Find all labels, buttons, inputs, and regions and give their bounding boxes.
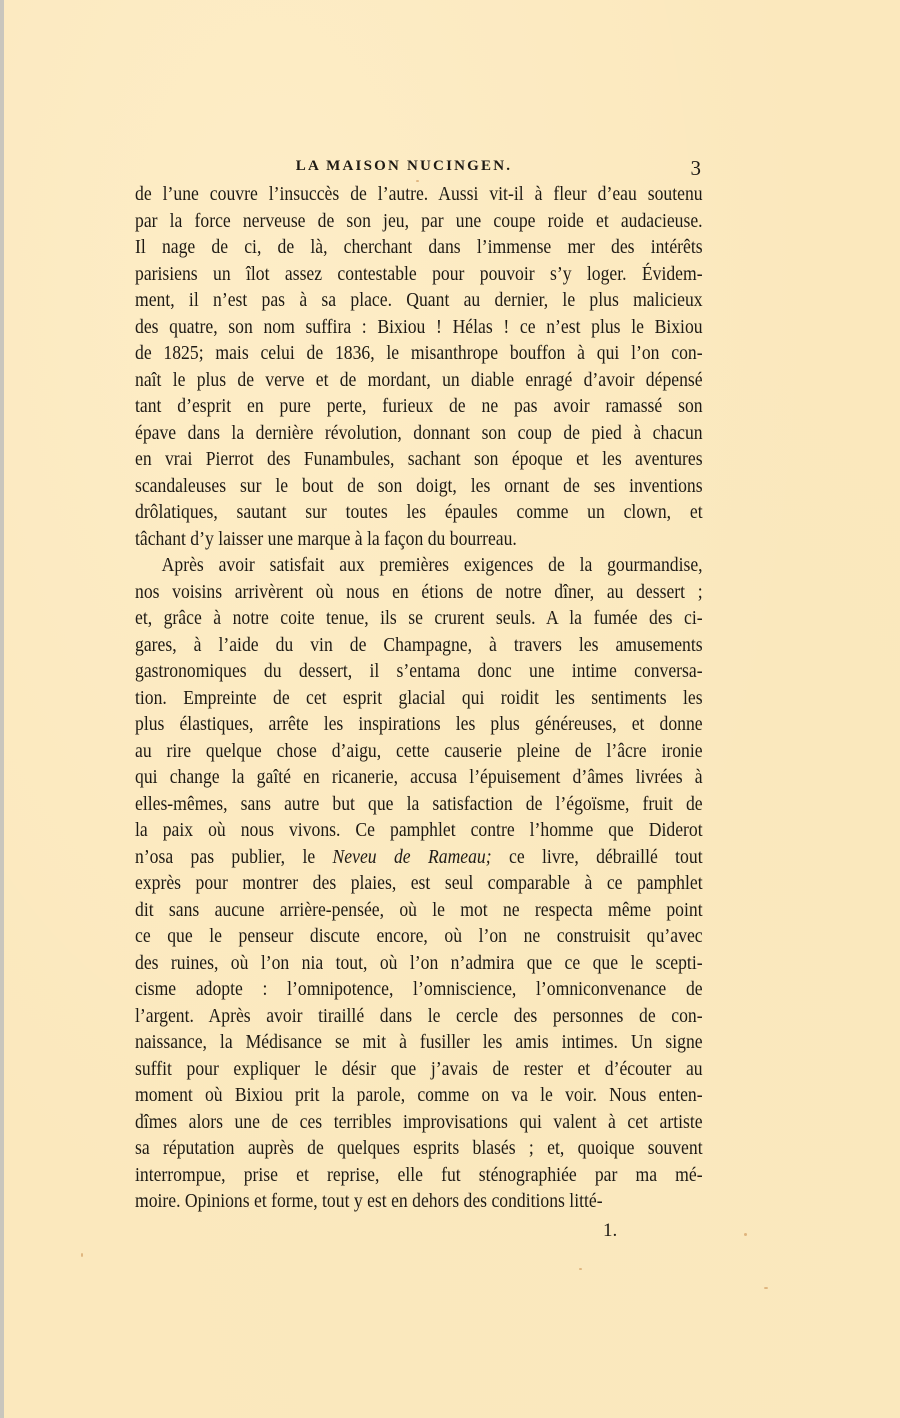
text-line: tion. Empreinte de cet esprit glacial qu… bbox=[135, 685, 703, 712]
text-line: l’argent. Après avoir tiraillé dans le c… bbox=[135, 1003, 703, 1030]
text-line: naissance, la Médisance se mit à fusille… bbox=[135, 1029, 703, 1056]
text-line: tant d’esprit en pure perte, furieux de … bbox=[135, 393, 703, 420]
text-line: la paix où nous vivons. Ce pamphlet cont… bbox=[135, 817, 703, 844]
text-line: exprès pour montrer des plaies, est seul… bbox=[135, 870, 703, 897]
text-line: ment, il n’est pas à sa place. Quant au … bbox=[135, 287, 703, 314]
text-line: drôlatiques, sautant sur toutes les épau… bbox=[135, 499, 703, 526]
page-number: 3 bbox=[691, 156, 702, 181]
text-line: moire. Opinions et forme, tout y est en … bbox=[135, 1188, 703, 1215]
signature-mark: 1. bbox=[603, 1220, 617, 1242]
text-line: parisiens un îlot assez contestable pour… bbox=[135, 261, 703, 288]
italic-title: Neveu de Rameau; bbox=[333, 846, 492, 868]
text-line: naît le plus de verve et de mordant, un … bbox=[135, 367, 703, 394]
text-line: sa réputation auprès de quelques esprits… bbox=[135, 1135, 703, 1162]
text-line: interrompue, prise et reprise, elle fut … bbox=[135, 1162, 703, 1189]
text-line: suffit pour expliquer le désir que j’ava… bbox=[135, 1056, 703, 1083]
text-line: tâchant d’y laisser une marque à la faço… bbox=[135, 526, 703, 553]
text-line: au rire quelque chose d’aigu, cette caus… bbox=[135, 738, 703, 765]
running-head: LA MAISON NUCINGEN. 3 bbox=[135, 156, 703, 180]
text-line: gastronomiques du dessert, il s’entama d… bbox=[135, 658, 703, 685]
text-line: plus élastiques, arrête les inspirations… bbox=[135, 711, 703, 738]
text-line: ce que le penseur discute encore, où l’o… bbox=[135, 923, 703, 950]
text-line: Il nage de ci, de là, cherchant dans l’i… bbox=[135, 234, 703, 261]
paper-speck bbox=[81, 1253, 83, 1257]
text-line: dîmes alors une de ces terribles improvi… bbox=[135, 1109, 703, 1136]
paper-speck bbox=[579, 1268, 582, 1270]
body-text: de l’une couvre l’insuccès de l’autre. A… bbox=[135, 181, 703, 1215]
paragraph: Après avoir satisfait aux premières exig… bbox=[135, 552, 703, 1215]
paper-speck bbox=[744, 1233, 747, 1236]
text-line: n’osa pas publier, le Neveu de Rameau; c… bbox=[135, 844, 703, 871]
text-line: nos voisins arrivèrent où nous en étions… bbox=[135, 579, 703, 606]
text-line: de l’une couvre l’insuccès de l’autre. A… bbox=[135, 181, 703, 208]
text-line: par la force nerveuse de son jeu, par un… bbox=[135, 208, 703, 235]
text-line: Après avoir satisfait aux premières exig… bbox=[135, 552, 703, 579]
text-line: des quatre, son nom suffira : Bixiou ! H… bbox=[135, 314, 703, 341]
paragraph: de l’une couvre l’insuccès de l’autre. A… bbox=[135, 181, 703, 552]
text-line: des ruines, où l’on nia tout, où l’on n’… bbox=[135, 950, 703, 977]
text-line: cisme adopte : l’omnipotence, l’omniscie… bbox=[135, 976, 703, 1003]
text-line: épave dans la dernière révolution, donna… bbox=[135, 420, 703, 447]
text-line: elles-mêmes, sans autre but que la satis… bbox=[135, 791, 703, 818]
running-title: LA MAISON NUCINGEN. bbox=[135, 158, 703, 175]
text-line: moment où Bixiou prit la parole, comme o… bbox=[135, 1082, 703, 1109]
text-line: scandaleuses sur le bout de son doigt, l… bbox=[135, 473, 703, 500]
paper-speck bbox=[764, 1287, 768, 1289]
text-line: qui change la gaîté en ricanerie, accusa… bbox=[135, 764, 703, 791]
text-line: dit sans aucune arrière-pensée, où le mo… bbox=[135, 897, 703, 924]
text-line: et, grâce à notre coite tenue, ils se cr… bbox=[135, 605, 703, 632]
text-line: de 1825; mais celui de 1836, le misanthr… bbox=[135, 340, 703, 367]
text-line: gares, à l’aide du vin de Champagne, à t… bbox=[135, 632, 703, 659]
text-line: en vrai Pierrot des Funambules, sachant … bbox=[135, 446, 703, 473]
